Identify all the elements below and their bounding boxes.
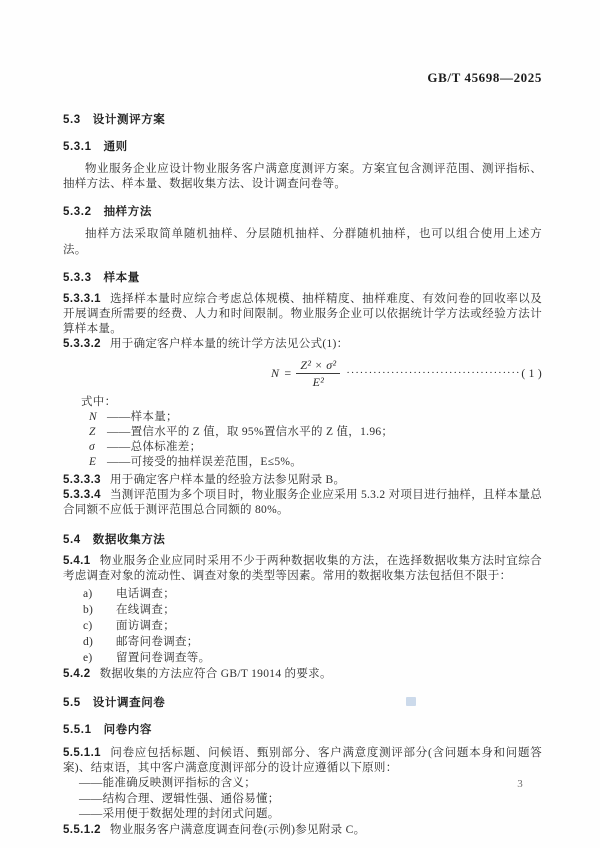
standard-code: GB/T 45698—2025 [427,70,542,85]
clause-text: 物业服务客户满意度调查问卷(示例)参见附录 C。 [110,824,365,836]
variable-description: ——置信水平的 Z 值，取 95%置信水平的 Z 值，1.96； [107,426,393,438]
list-item-text: 留置问卷调查等。 [116,652,210,664]
clause-text: 用于确定客户样本量的经验方法参见附录 B。 [110,474,345,486]
list-item-text: 电话调查； [116,588,175,600]
list-marker: c) [83,618,116,634]
section-number: 5.3.1 [63,141,92,153]
clause-number: 5.5.1.1 [63,747,101,759]
page-number: 3 [517,778,523,790]
list-item-b: b)在线调查； [63,602,542,618]
questionnaire-principle-list: ——能准确反映测评指标的含义； ——结构合理、逻辑性强、通俗易懂； ——采用便于… [63,776,542,823]
list-marker: a) [83,586,116,602]
paragraph-5-3-1: 物业服务企业应设计物业服务客户满意度测评方案。方案宜包含测评范围、测评指标、抽样… [63,162,542,192]
variable-symbol: σ [89,440,107,455]
list-item-d: d)邮寄问卷调查； [63,634,542,650]
clause-text: 用于确定客户样本量的统计学方法见公式(1)： [110,338,349,350]
variable-definition-sigma: σ——总体标准差； [63,440,542,455]
section-number: 5.3.3 [63,272,92,284]
variable-symbol: N [89,410,107,425]
formula-1: N = Z² × σ² E² ·························… [63,358,542,389]
formula-equals: = [284,366,291,381]
paragraph-5-3-2: 抽样方法采取简单随机抽样、分层随机抽样、分群随机抽样，也可以组合使用上述方法。 [63,227,542,257]
clause-5-3-3-1: 5.3.3.1选择样本量时应综合考虑总体规模、抽样精度、抽样难度、有效问卷的回收… [63,292,542,338]
list-item-c: c)面访调查； [63,618,542,634]
variable-symbol: Z [89,425,107,440]
variable-description: ——样本量； [107,411,178,423]
clause-5-4-1: 5.4.1物业服务企业应同时采用不少于两种数据收集的方法，在选择数据收集方法时宜… [63,554,542,584]
list-item-a: a)电话调查； [63,586,542,602]
document-page: GB/T 45698—2025 5.3设计测评方案 5.3.1通则 物业服务企业… [0,0,600,848]
section-heading-5-5: 5.5设计调查问卷 [63,694,542,710]
variable-definition-Z: Z——置信水平的 Z 值，取 95%置信水平的 Z 值，1.96； [63,425,542,440]
list-marker: d) [83,634,116,650]
section-heading-5-3-1: 5.3.1通则 [63,138,542,154]
scan-watermark-artifact [406,697,416,706]
principle-item: ——能准确反映测评指标的含义； [63,776,542,792]
clause-number: 5.4.1 [63,555,91,567]
formula-number-label: ( 1 ) [521,368,542,380]
formula-where-label: 式中： [63,395,542,410]
list-item-text: 邮寄问卷调查； [116,636,199,648]
section-number: 5.4 [63,534,81,546]
variable-description: ——总体标准差； [107,441,201,453]
leader-dots: ······································· [346,367,520,379]
section-heading-5-3: 5.3设计测评方案 [63,111,542,127]
list-item-text: 面访调查； [116,620,175,632]
formula-variable-list: N——样本量； Z——置信水平的 Z 值，取 95%置信水平的 Z 值，1.96… [63,410,542,470]
section-title: 样本量 [104,272,140,284]
section-title: 问卷内容 [104,724,152,736]
principle-item: ——采用便于数据处理的封闭式问题。 [63,807,542,823]
section-title: 数据收集方法 [93,534,166,546]
section-title: 通则 [104,141,128,153]
principle-item: ——结构合理、逻辑性强、通俗易懂； [63,792,542,808]
formula-denominator: E² [296,374,340,389]
clause-5-3-3-4: 5.3.3.4当测评范围为多个项目时，物业服务企业应采用 5.3.2 对项目进行… [63,488,542,518]
section-heading-5-4: 5.4数据收集方法 [63,531,542,547]
formula-numerator: Z² × σ² [296,358,340,374]
list-marker: e) [83,650,116,666]
section-title: 设计测评方案 [93,114,166,126]
document-header: GB/T 45698—2025 [63,70,542,86]
clause-text: 数据收集的方法应符合 GB/T 19014 的要求。 [100,668,332,680]
section-heading-5-5-1: 5.5.1问卷内容 [63,721,542,737]
section-heading-5-3-3: 5.3.3样本量 [63,269,542,285]
list-item-e: e)留置问卷调查等。 [63,650,542,666]
section-title: 抽样方法 [104,206,152,218]
section-number: 5.3 [63,114,81,126]
section-number: 5.5 [63,697,81,709]
formula-leader: ·······································(… [340,367,542,380]
formula-lhs: N [271,366,279,381]
section-heading-5-3-2: 5.3.2抽样方法 [63,203,542,219]
variable-definition-N: N——样本量； [63,410,542,425]
clause-5-3-3-2: 5.3.3.2用于确定客户样本量的统计学方法见公式(1)： [63,337,542,352]
variable-description: ——可接受的抽样误差范围，E≤5%。 [107,456,302,468]
clause-number: 5.3.3.3 [63,474,101,486]
section-title: 设计调查问卷 [93,697,166,709]
clause-number: 5.3.3.2 [63,338,101,350]
clause-5-5-1-2: 5.5.1.2物业服务客户满意度调查问卷(示例)参见附录 C。 [63,823,542,838]
clause-5-5-1-1: 5.5.1.1问卷应包括标题、问候语、甄别部分、客户满意度测评部分(含问题本身和… [63,746,542,776]
list-marker: b) [83,602,116,618]
section-number: 5.5.1 [63,724,92,736]
section-number: 5.3.2 [63,206,92,218]
list-item-text: 在线调查； [116,604,175,616]
clause-number: 5.5.1.2 [63,824,101,836]
clause-number: 5.4.2 [63,668,91,680]
clause-number: 5.3.3.1 [63,293,101,305]
variable-symbol: E [89,455,107,470]
clause-text: 问卷应包括标题、问候语、甄别部分、客户满意度测评部分(含问题本身和问题答案)、结… [63,747,542,774]
page-content: GB/T 45698—2025 5.3设计测评方案 5.3.1通则 物业服务企业… [0,0,600,838]
clause-number: 5.3.3.4 [63,489,101,501]
clause-5-4-2: 5.4.2数据收集的方法应符合 GB/T 19014 的要求。 [63,667,542,682]
variable-definition-E: E——可接受的抽样误差范围，E≤5%。 [63,455,542,470]
clause-text: 当测评范围为多个项目时，物业服务企业应采用 5.3.2 对项目进行抽样，且样本量… [63,489,542,516]
formula-fraction: Z² × σ² E² [296,358,340,389]
clause-text: 物业服务企业应同时采用不少于两种数据收集的方法，在选择数据收集方法时宜综合考虑调… [63,555,542,582]
data-collection-method-list: a)电话调查； b)在线调查； c)面访调查； d)邮寄问卷调查； e)留置问卷… [63,586,542,667]
clause-5-3-3-3: 5.3.3.3用于确定客户样本量的经验方法参见附录 B。 [63,473,542,488]
clause-text: 选择样本量时应综合考虑总体规模、抽样精度、抽样难度、有效问卷的回收率以及开展调查… [63,293,542,335]
formula-expression: N = Z² × σ² E² [271,358,340,389]
